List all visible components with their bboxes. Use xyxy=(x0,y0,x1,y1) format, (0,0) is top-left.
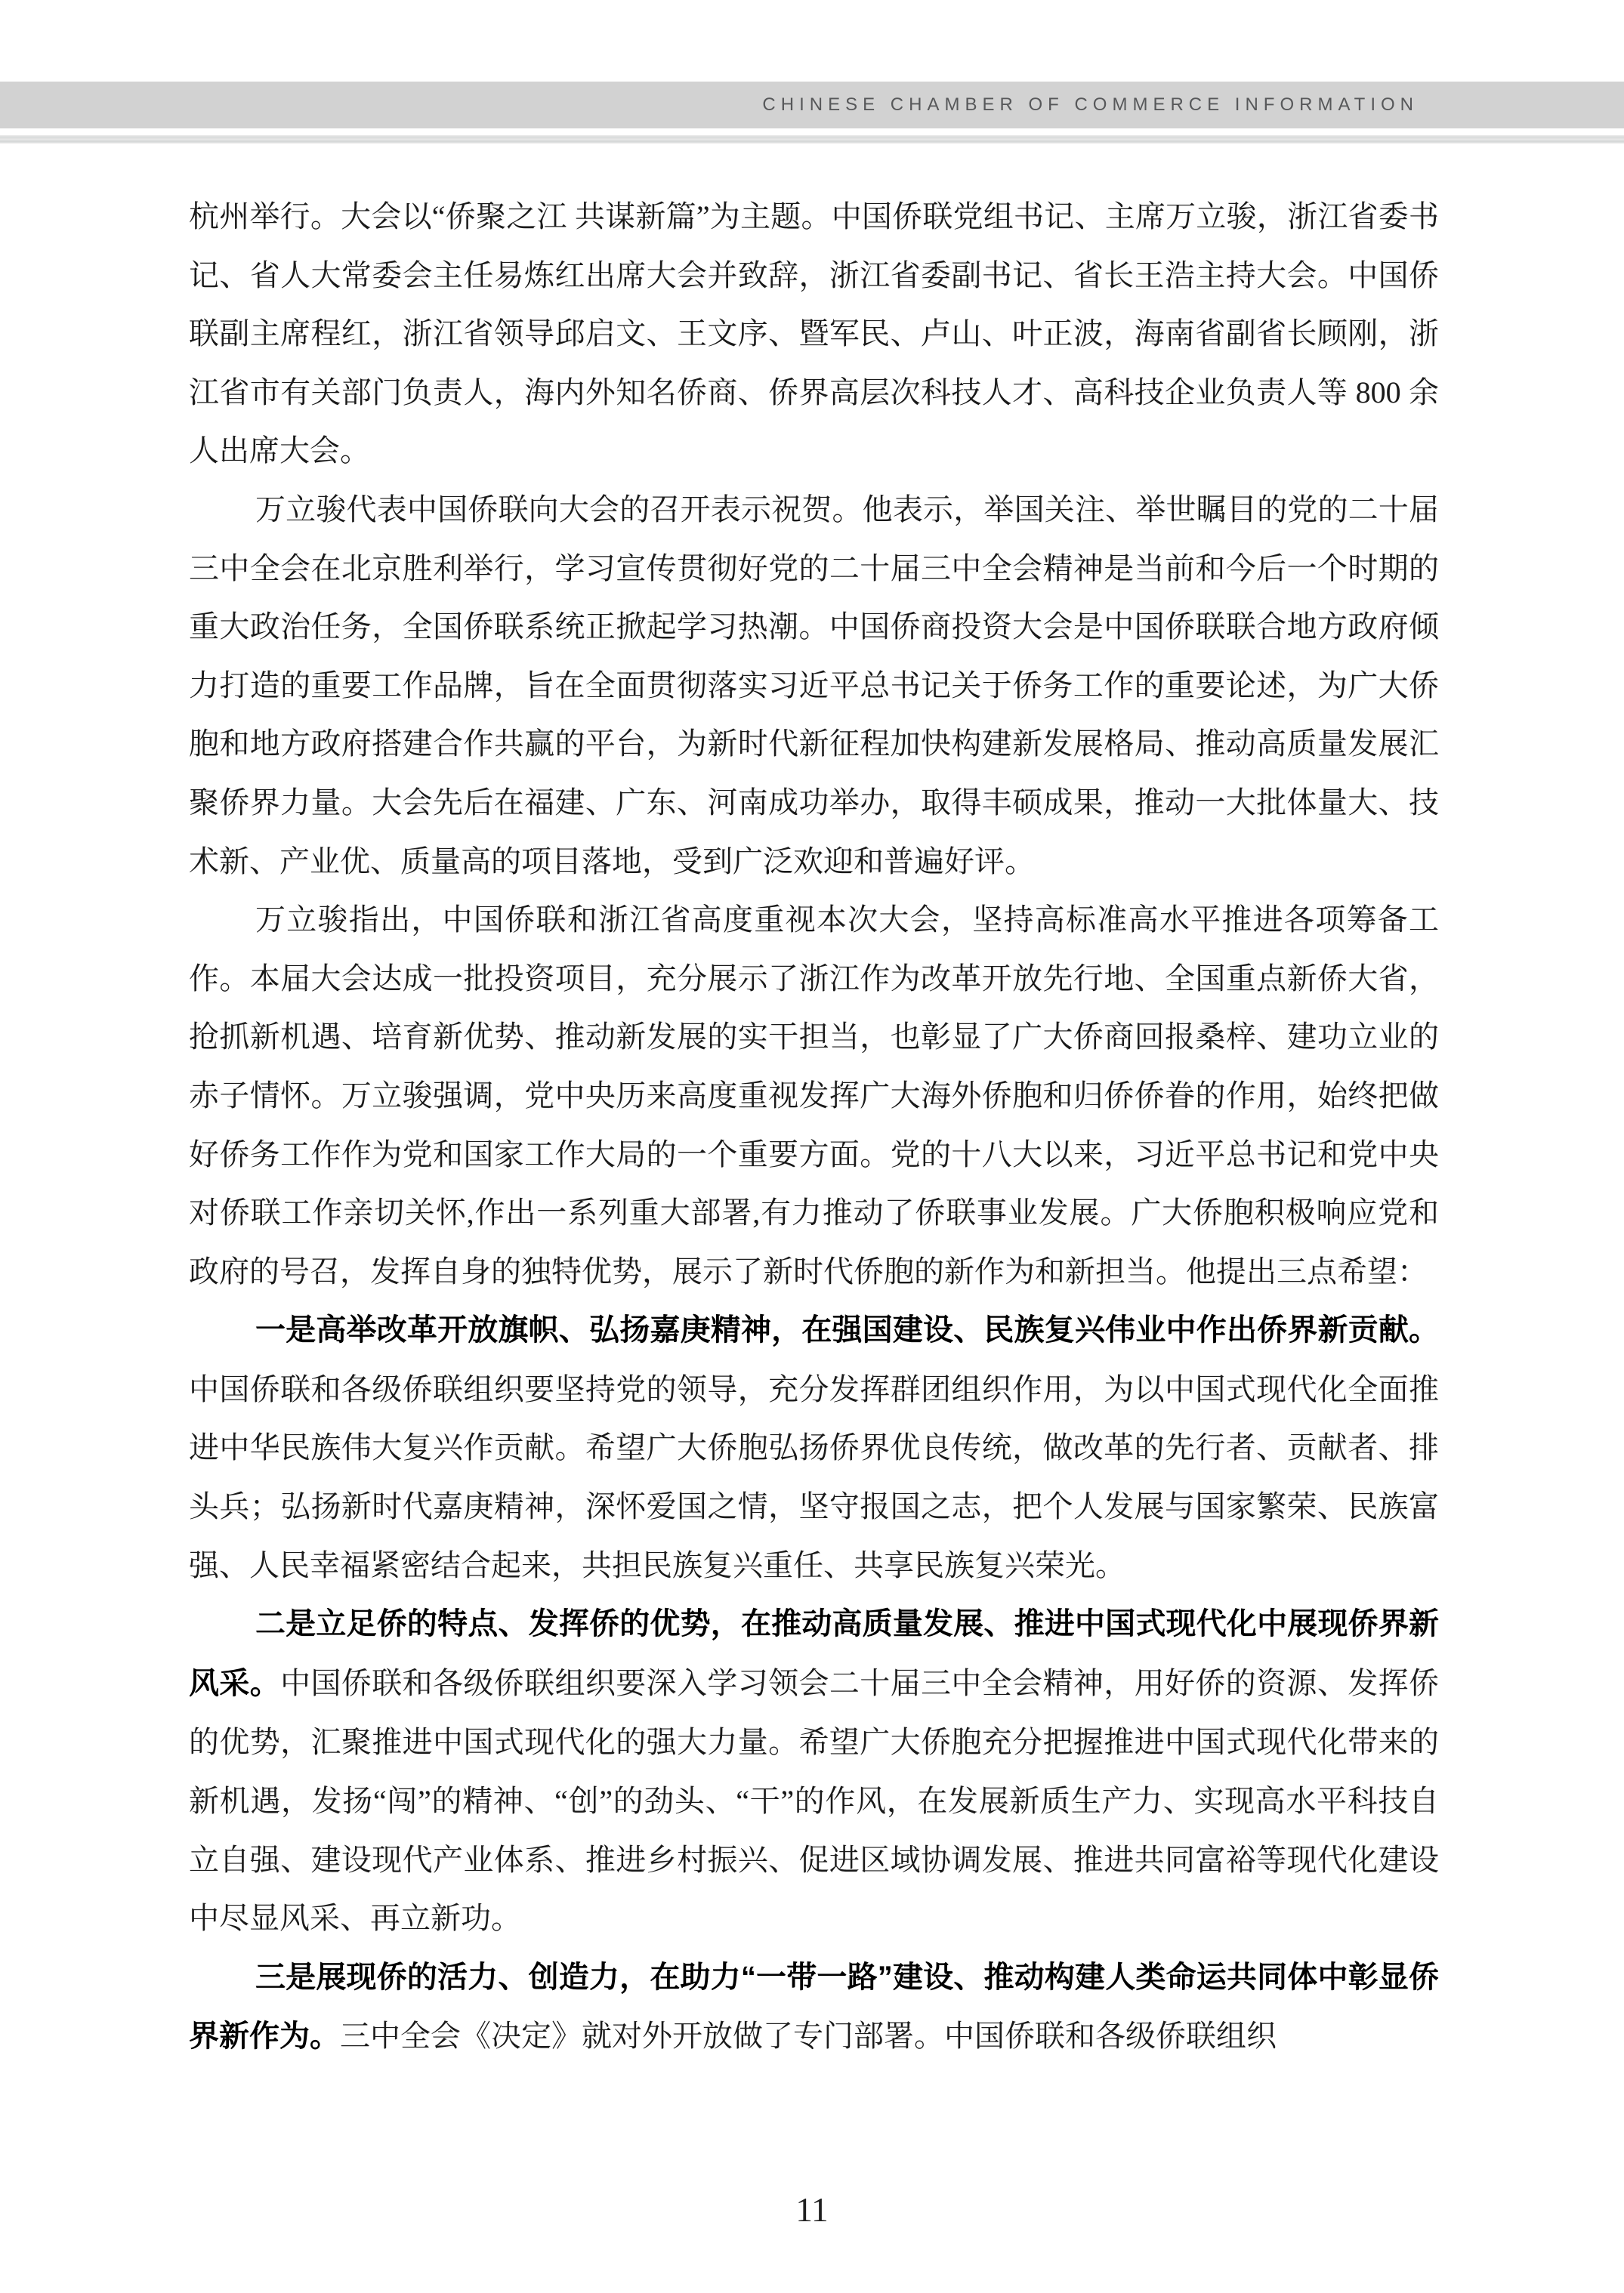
paragraph-text: 万立骏指出，中国侨联和浙江省高度重视本次大会，坚持高标准高水平推进各项筹备工作。… xyxy=(189,903,1439,1288)
body-paragraph: 万立骏代表中国侨联向大会的召开表示祝贺。他表示，举国关注、举世瞩目的党的二十届三… xyxy=(189,480,1439,890)
paragraph-text: 杭州举行。大会以“侨聚之江 共谋新篇”为主题。中国侨联党组书记、主席万立骏，浙江… xyxy=(189,199,1439,468)
body-paragraph: 一是高举改革开放旗帜、弘扬嘉庚精神，在强国建设、民族复兴伟业中作出侨界新贡献。中… xyxy=(189,1301,1439,1594)
paragraph-text: 万立骏代表中国侨联向大会的召开表示祝贺。他表示，举国关注、举世瞩目的党的二十届三… xyxy=(189,492,1439,878)
paragraph-text: 三中全会《决定》就对外开放做了专门部署。中国侨联和各级侨联组织 xyxy=(340,2019,1277,2053)
paragraph-text: 中国侨联和各级侨联组织要坚持党的领导，充分发挥群团组织作用，为以中国式现代化全面… xyxy=(189,1372,1439,1582)
header-accent-band xyxy=(0,135,1624,144)
body-paragraph: 杭州举行。大会以“侨聚之江 共谋新篇”为主题。中国侨联党组书记、主席万立骏，浙江… xyxy=(189,187,1439,480)
body-paragraph: 万立骏指出，中国侨联和浙江省高度重视本次大会，坚持高标准高水平推进各项筹备工作。… xyxy=(189,890,1439,1301)
body-paragraph: 三是展现侨的活力、创造力，在助力“一带一路”建设、推动构建人类命运共同体中彰显侨… xyxy=(189,1948,1439,2066)
page-number: 11 xyxy=(0,2190,1624,2230)
paragraph-lead-bold: 一是高举改革开放旗帜、弘扬嘉庚精神，在强国建设、民族复兴伟业中作出侨界新贡献。 xyxy=(255,1313,1439,1347)
document-page: CHINESE CHAMBER OF COMMERCE INFORMATION … xyxy=(0,0,1624,2293)
paragraph-text: 中国侨联和各级侨联组织要深入学习领会二十届三中全会精神，用好侨的资源、发挥侨的优… xyxy=(189,1666,1439,1935)
header-title: CHINESE CHAMBER OF COMMERCE INFORMATION xyxy=(762,82,1419,128)
header-band: CHINESE CHAMBER OF COMMERCE INFORMATION xyxy=(0,82,1624,128)
body-paragraph: 二是立足侨的特点、发挥侨的优势，在推动高质量发展、推进中国式现代化中展现侨界新风… xyxy=(189,1594,1439,1948)
article-body: 杭州举行。大会以“侨聚之江 共谋新篇”为主题。中国侨联党组书记、主席万立骏，浙江… xyxy=(189,187,1439,2066)
